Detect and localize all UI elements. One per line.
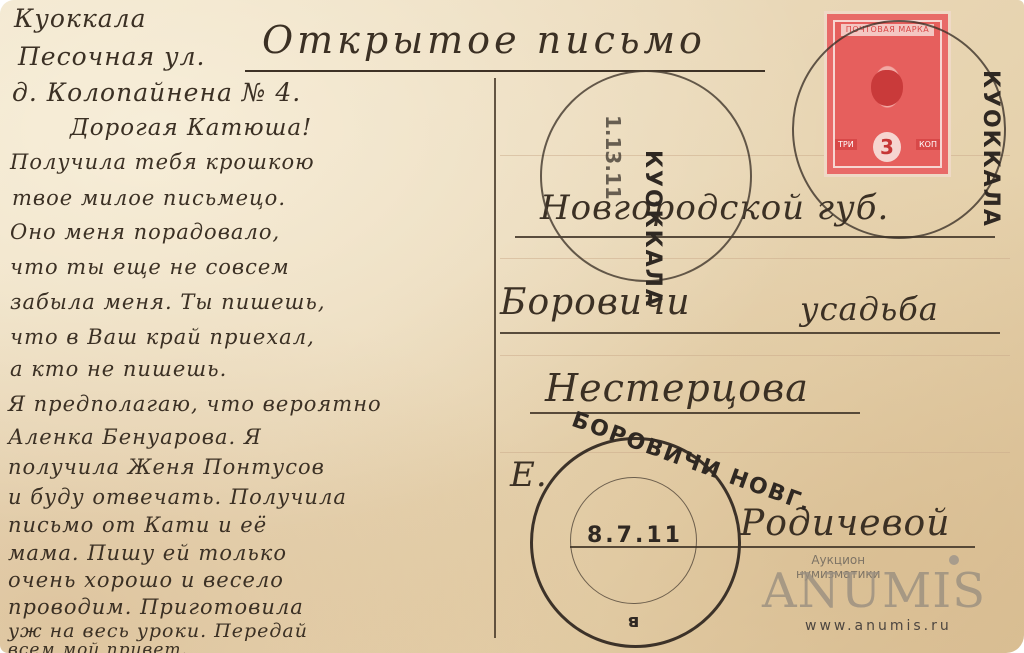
sender-line-3: д. Колопайнена № 4. xyxy=(12,78,301,107)
message-line: Я предполагаю, что вероятно xyxy=(8,392,382,416)
postmark-kuokkala-text: КУОККАЛА xyxy=(640,150,665,308)
postmark-kuokkala-right xyxy=(792,20,1006,239)
message-line: Оно меня порадовало, xyxy=(10,220,280,244)
title-underline xyxy=(245,70,765,72)
message-line: и буду отвечать. Получила xyxy=(8,485,347,509)
postcard-title: Открытое письмо xyxy=(262,18,706,62)
sender-line-2: Песочная ул. xyxy=(18,42,205,71)
ruled-line xyxy=(500,258,1010,259)
message-line: Аленка Бенуарова. Я xyxy=(8,425,262,449)
ruled-line xyxy=(500,355,1010,356)
ruled-line xyxy=(500,452,1010,453)
message-line: проводим. Приготовила xyxy=(8,595,304,619)
watermark-brand: ANUMIS xyxy=(762,563,986,619)
message-line: письмо от Кати и её xyxy=(8,513,267,537)
postmark-borovichi-date: 8.7.11 xyxy=(587,523,683,548)
address-underline xyxy=(500,332,1000,334)
recipient-line-estate: усадьба xyxy=(800,290,939,328)
recipient-line-initial: Е. xyxy=(510,455,548,495)
postmark-borovichi-letter: в xyxy=(628,612,639,633)
postcard: Открытое письмо Куоккала Песочная ул. д.… xyxy=(0,0,1024,653)
watermark-url: www.anumis.ru xyxy=(805,618,952,634)
message-line: уж на весь уроки. Передай xyxy=(8,620,308,642)
message-line: всем мой привет. xyxy=(8,640,188,653)
postmark-kuokkala-date: 1.13.11 xyxy=(601,115,625,200)
message-line: мама. Пишу ей только xyxy=(8,541,287,565)
sender-line-1: Куоккала xyxy=(14,4,147,33)
message-line: Дорогая Катюша! xyxy=(70,115,312,141)
postmark-kuokkala-right-text: КУОККАЛА xyxy=(978,70,1003,228)
message-line: Получила тебя крошкою xyxy=(10,150,315,174)
message-line: твое милое письмецо. xyxy=(12,186,286,210)
message-line: очень хорошо и весело xyxy=(8,568,284,592)
message-line: а кто не пишешь. xyxy=(10,357,227,381)
message-line: что ты еще не совсем xyxy=(10,255,290,279)
vertical-divider xyxy=(494,78,496,638)
recipient-line-name: Нестерцова xyxy=(545,366,809,410)
recipient-line-surname: Родичевой xyxy=(740,503,950,544)
message-line: забыла меня. Ты пишешь, xyxy=(10,290,326,314)
message-line: что в Ваш край приехал, xyxy=(10,325,315,349)
message-line: получила Женя Понтусов xyxy=(8,455,325,479)
